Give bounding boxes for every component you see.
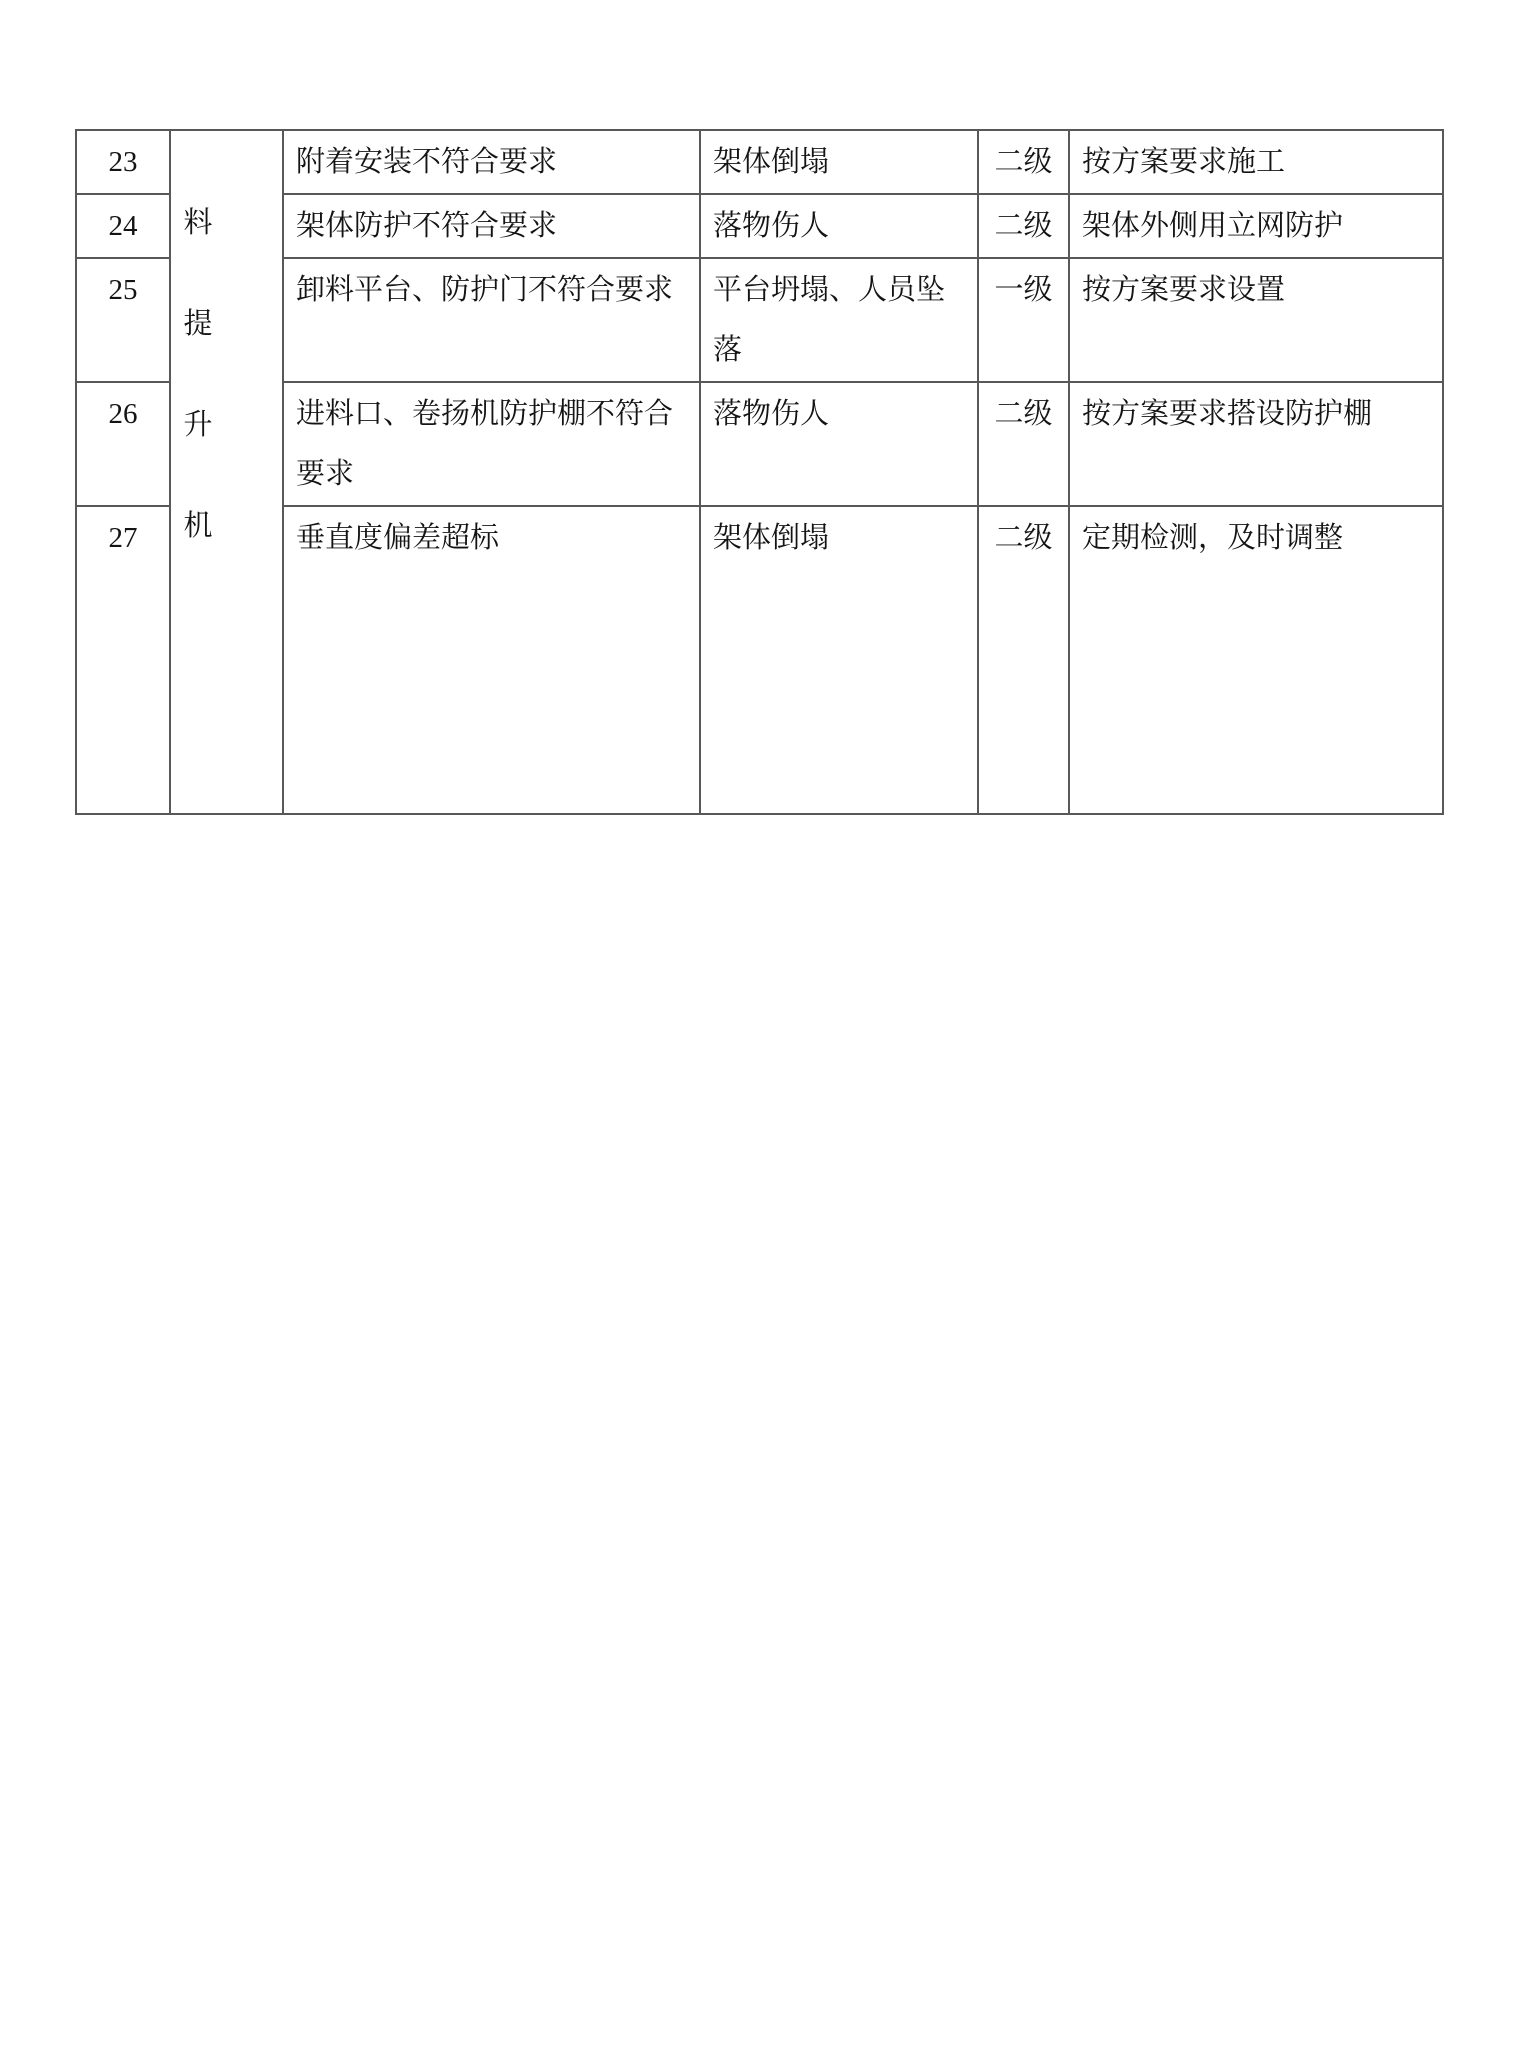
- hazard-cell: 卸料平台、防护门不符合要求: [283, 258, 700, 382]
- hazard-cell: 架体防护不符合要求: [283, 194, 700, 258]
- consequence-cell: 架体倒塌: [700, 506, 978, 814]
- risk-level-cell: 二级: [978, 382, 1069, 506]
- group-label-char: 提: [183, 309, 213, 339]
- control-measure-cell: 按方案要求设置: [1069, 258, 1443, 382]
- hazard-cell: 附着安装不符合要求: [283, 130, 700, 194]
- control-measure-cell: 架体外侧用立网防护: [1069, 194, 1443, 258]
- group-label-char: 升: [183, 410, 213, 440]
- risk-level-cell: 二级: [978, 194, 1069, 258]
- consequence-cell: 架体倒塌: [700, 130, 978, 194]
- hazard-cell: 垂直度偏差超标: [283, 506, 700, 814]
- group-label-char: 机: [183, 511, 213, 541]
- document-page: 23 料 提 升 机 附着安装不符合要求 架体倒塌 二级 按方案要求施工 24 …: [0, 0, 1531, 2059]
- risk-table: 23 料 提 升 机 附着安装不符合要求 架体倒塌 二级 按方案要求施工 24 …: [75, 129, 1444, 815]
- control-measure-cell: 按方案要求搭设防护棚: [1069, 382, 1443, 506]
- risk-level-cell: 一级: [978, 258, 1069, 382]
- row-number-cell: 24: [76, 194, 170, 258]
- equipment-group-cell: 料 提 升 机: [170, 130, 283, 814]
- consequence-cell: 落物伤人: [700, 194, 978, 258]
- risk-level-cell: 二级: [978, 506, 1069, 814]
- equipment-group-vertical-label: 料 提 升 机: [183, 192, 270, 541]
- consequence-cell: 落物伤人: [700, 382, 978, 506]
- control-measure-cell: 定期检测，及时调整: [1069, 506, 1443, 814]
- table-row: 23 料 提 升 机 附着安装不符合要求 架体倒塌 二级 按方案要求施工: [76, 130, 1443, 194]
- group-label-char: 料: [183, 208, 213, 238]
- consequence-cell: 平台坍塌、人员坠 落: [700, 258, 978, 382]
- risk-level-cell: 二级: [978, 130, 1069, 194]
- hazard-cell: 进料口、卷扬机防护棚不符合 要求: [283, 382, 700, 506]
- row-number-cell: 26: [76, 382, 170, 506]
- control-measure-cell: 按方案要求施工: [1069, 130, 1443, 194]
- row-number-cell: 25: [76, 258, 170, 382]
- row-number-cell: 23: [76, 130, 170, 194]
- row-number-cell: 27: [76, 506, 170, 814]
